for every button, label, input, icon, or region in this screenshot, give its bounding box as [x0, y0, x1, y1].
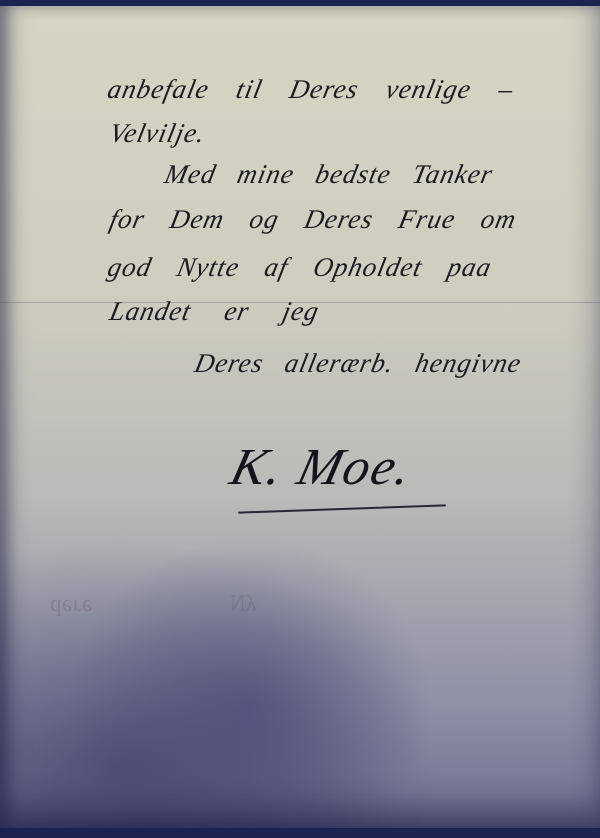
ink-bleed-through: ǝɹǝp [48, 591, 95, 618]
letter-line-2: Velvilje. [107, 118, 209, 149]
ink-bleed-through: ʎN [228, 591, 259, 618]
letter-line-3: Med mine bedste Tanker [162, 159, 496, 190]
letter-closing: Deres allerærb. hengivne [192, 348, 525, 379]
signature: K. Moe. [225, 438, 420, 497]
letter-line-4: for Dem og Deres Frue om [107, 204, 520, 235]
letter-line-1: anbefale til Deres venlige – [105, 74, 517, 105]
letter-line-5: god Nytte af Opholdet paa [105, 252, 495, 283]
signature-underline [238, 504, 446, 513]
letter-page: anbefale til Deres venlige – Velvilje. M… [0, 6, 600, 828]
letter-line-6: Landet er jeg [107, 296, 323, 327]
